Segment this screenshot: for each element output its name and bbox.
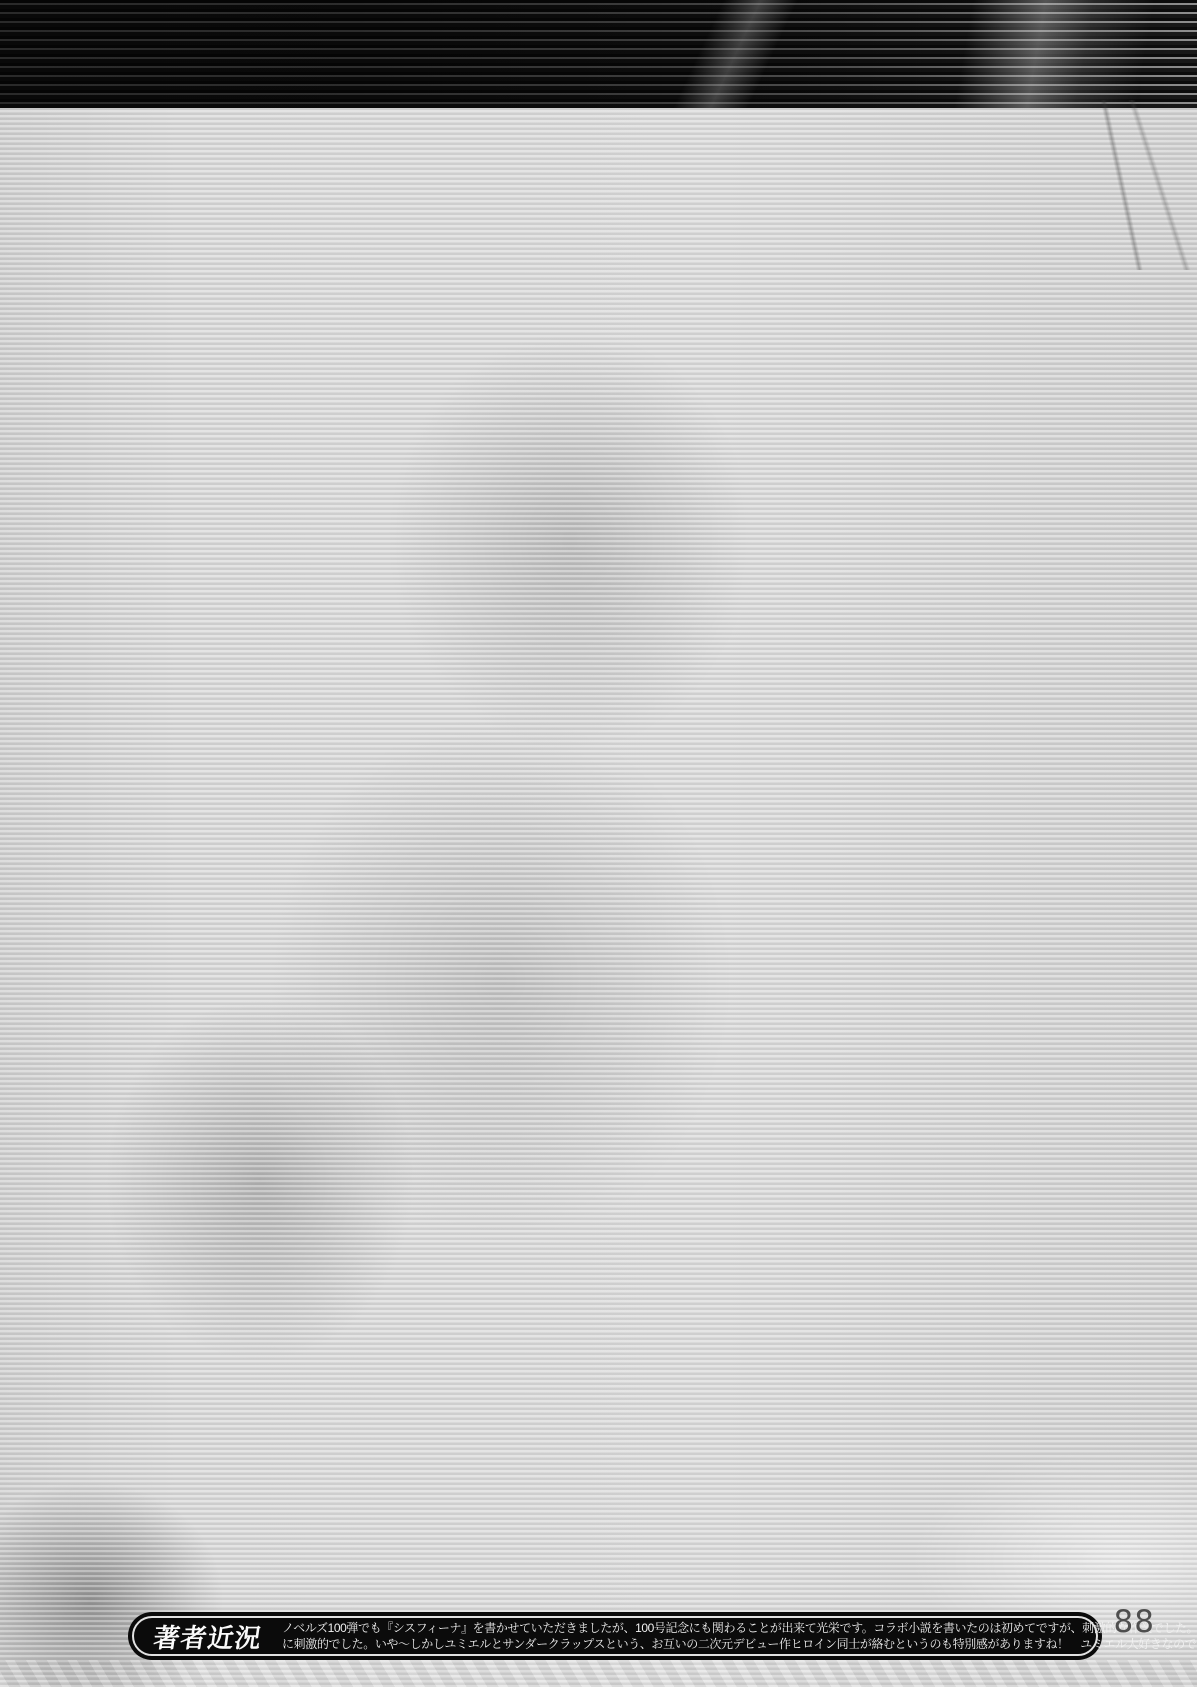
page-number: 88 (1114, 1604, 1155, 1640)
author-note-text: ノベルズ100弾でも『シスフィーナ』を書かせていただきましたが、100号記念にも… (282, 1620, 1197, 1652)
photo-hair-streaks (1060, 100, 1197, 270)
novel-page: 昨日の昼、ビルの倒壊事故の救助が終わって、現場近くに駐車した自家用ワゴン車に戻る… (0, 0, 1197, 1687)
header-photo-strip (0, 0, 1197, 108)
author-note-label: 著者近況 (151, 1618, 264, 1655)
author-note-bar: 著者近況 ノベルズ100弾でも『シスフィーナ』を書かせていただきましたが、100… (128, 1612, 1102, 1660)
bottom-texture (0, 1660, 1197, 1687)
author-note-line-2: に刺激的でした。いや〜しかしユミエルとサンダークラップスという、お互いの二次元デ… (282, 1636, 1197, 1652)
author-note-line-1: ノベルズ100弾でも『シスフィーナ』を書かせていただきましたが、100号記念にも… (282, 1620, 1197, 1636)
